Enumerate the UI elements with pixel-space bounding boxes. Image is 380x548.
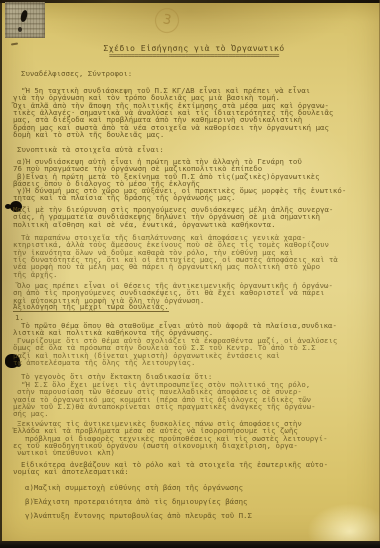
document-text: Σχέδιο Εἰσήγησης γιὰ τὸ Ὀργανωτικό =====… (0, 0, 380, 548)
paragraph: Τὰ παραπάνω στοιχεῖα τῆς διαπλάτυνσης κα… (13, 234, 363, 278)
text-line: σής μας. (13, 410, 363, 417)
text-line: νέα μορφὴ ποὺ τὰ μέλη μας θὰ πάρει ἡ ὀργ… (13, 263, 363, 270)
scanned-document-page: 3 Σχέδιο Εἰσήγησης γιὰ τὸ Ὀργανωτικό ===… (0, 0, 380, 548)
paragraph: Γνωρίζουμε ὅτι στὸ θέμα αὐτὸ σχολιάζει τ… (13, 337, 363, 366)
text-line: γ)Ἀνάπτυξη ἔντονης πρωτοβουλίας ἀπὸ πλευ… (13, 512, 363, 519)
closing-list-item: α)Μαζικὴ συμμετοχὴ εὐθύνης στὴ βάση τῆς … (13, 484, 363, 491)
document-title-block: Σχέδιο Εἰσήγησης γιὰ τὸ Ὀργανωτικό =====… (4, 44, 380, 59)
list-item-beta: β)Εἶναι ἡ πρώτη μετὰ τὸ ξεκίνημα τοῦ Π.Σ… (13, 173, 363, 188)
list-item-gamma: γ)Ἡ δύναμή μας στὸ χῶρο μας αὐξάνει, οἱ … (13, 187, 363, 202)
text-line: νωτικοὶ ὑπεύθυνοι κλπ) (13, 449, 363, 456)
salutation: Συναδέλφισσες, Σύντροφοι: (13, 70, 363, 77)
paragraph: "Ἡ 5η ταχτικὴ συνδιάσκεψη τοῦ Π.Σ ΚΓ/ΔΒ … (13, 87, 363, 138)
text-line: Συνοπτικὰ τὰ στοιχεῖα αὐτὰ εἶναι: (13, 146, 363, 153)
text-line: τητας καὶ τὰ πλαίσια τῆς δράσης τῆς ὀργά… (13, 194, 363, 201)
paragraph: Ξεκινώντας τὶς ἀντικειμενικὲς δυσκολίες … (13, 420, 363, 457)
lead-in-line: Συνοπτικὰ τὰ στοιχεῖα αὐτὰ εἶναι: (13, 146, 363, 153)
closing-list-item: γ)Ἀνάπτυξη ἔντονης πρωτοβουλίας ἀπὸ πλευ… (13, 512, 363, 519)
text-line: α)Μαζικὴ συμμετοχὴ εὐθύνης στὴ βάση τῆς … (13, 484, 363, 491)
paragraph: Μαζὶ μὲ τὴν διεύρυνση στὶς προηγούμενες … (13, 206, 363, 228)
paragraph: Εἰδικότερα ἀνεβάζουν καὶ τὸ ρόλο καὶ τὰ … (13, 461, 363, 476)
section-heading-text: Ἀξιολόγηση τῆς μέχρι τώρα δουλειᾶς. (13, 303, 169, 312)
paragraph: Ὅλο μας πρέπει εἶναι οἱ θέσεις τῆς ἀντικ… (13, 282, 363, 304)
title-underline: ========================================… (4, 54, 380, 59)
list-item-alpha: α)Ἡ συνδιάσκεψη αὐτὴ εἶναι ἡ πρώτη μετὰ … (13, 158, 363, 173)
text-line: τὰ ἀποτελέσματα τῆς ὅλης τῆς λειτουργίας… (13, 359, 363, 366)
text-line: Συναδέλφισσες, Σύντροφοι: (13, 70, 363, 77)
text-line: νομίας καὶ ἀποτελεσματικά: (13, 468, 363, 475)
text-line: πολιτικὴ αἴσθηση καὶ σὲ νέα, ἑνωτικά, ὀρ… (13, 221, 363, 228)
closing-list-item: β)Ἐλάχιστη προτεραιότητα ἀπὸ τὶς δημιουρ… (13, 498, 363, 505)
text-line: τῆς ἀρχῆς. (13, 271, 363, 278)
text-line: β)Ἐλάχιστη προτεραιότητα ἀπὸ τὶς δημιουρ… (13, 498, 363, 505)
text-line: μελῶν τοῦ Σ.Σ)θὰ ἀνταποκρίνεται στὶς πρα… (13, 403, 363, 410)
paragraph: Τὸ πρῶτο θέμα ὅπου θὰ σταθοῦμε εἶναι αὐτ… (13, 322, 363, 337)
text-line: δομὴ καὶ τὸ στὺλ τῆς δουλειᾶς μας. (13, 131, 363, 138)
section-heading: Ἀξιολόγηση τῆς μέχρι τώρα δουλειᾶς. (13, 303, 363, 312)
paragraph: "Ἡ Σ.Σ ὅλο ἔχει μείνει τὶς ἀντιπροσωπεῖε… (13, 381, 363, 418)
